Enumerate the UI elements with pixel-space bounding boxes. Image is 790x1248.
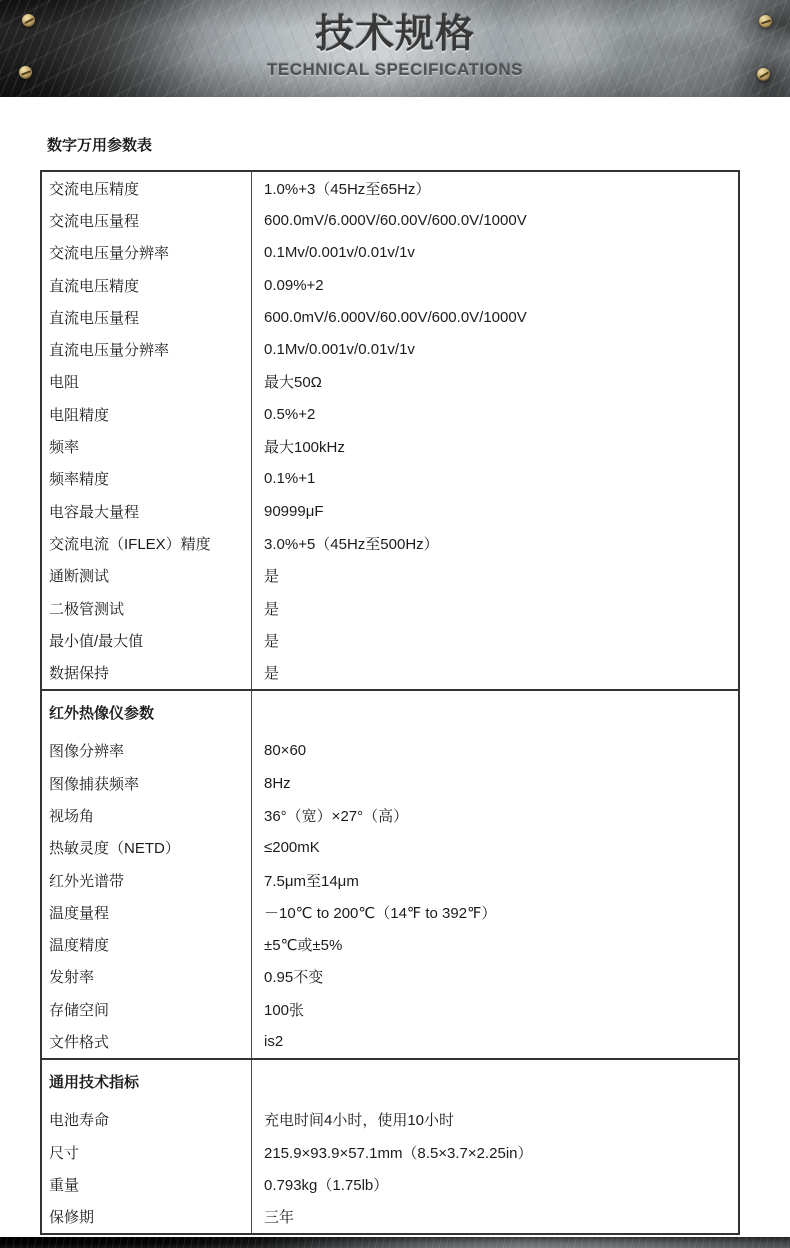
spec-value: －10℃ to 200℃（14℉ to 392℉） [252, 896, 738, 928]
spec-value: 充电时间4小时，使用10小时 [252, 1104, 738, 1136]
spec-value: 600.0mV/6.000V/60.00V/600.0V/1000V [252, 301, 738, 333]
spec-label: 通断测试 [42, 560, 252, 592]
spec-value: ±5℃或±5% [252, 929, 738, 961]
spec-label: 直流电压量分辨率 [42, 333, 252, 365]
table-row: 尺寸 215.9×93.9×57.1mm（8.5×3.7×2.25in） [42, 1136, 738, 1168]
spec-label: 温度精度 [42, 929, 252, 961]
spec-value: ≤200mK [252, 832, 738, 864]
spec-value: 0.5%+2 [252, 398, 738, 430]
spec-label: 存储空间 [42, 993, 252, 1025]
table-row: 温度量程 －10℃ to 200℃（14℉ to 392℉） [42, 896, 738, 928]
spec-label: 图像捕获频率 [42, 767, 252, 799]
spec-label: 文件格式 [42, 1025, 252, 1057]
table-row: 数据保持 是 [42, 656, 738, 688]
spec-label: 直流电压精度 [42, 269, 252, 301]
table-row: 保修期 三年 [42, 1201, 738, 1233]
table-row: 图像分辨率 80×60 [42, 735, 738, 767]
spec-label: 频率 [42, 430, 252, 462]
hero-text-block: 技术规格 TECHNICAL SPECIFICATIONS [0, 13, 790, 80]
spec-label: 图像分辨率 [42, 735, 252, 767]
spec-value: 90999μF [252, 495, 738, 527]
section-title: 红外热像仪参数 [42, 691, 252, 735]
table-row: 通断测试 是 [42, 560, 738, 592]
page-subtitle: TECHNICAL SPECIFICATIONS [0, 60, 790, 80]
spec-value: 80×60 [252, 735, 738, 767]
table-row: 存储空间 100张 [42, 993, 738, 1025]
page-title: 技术规格 [0, 13, 790, 57]
spec-label: 热敏灵度（NETD） [42, 832, 252, 864]
spec-value: 0.09%+2 [252, 269, 738, 301]
spec-label: 发射率 [42, 961, 252, 993]
table-row: 二极管测试 是 [42, 592, 738, 624]
table-row: 重量 0.793kg（1.75lb） [42, 1168, 738, 1200]
table-row: 热敏灵度（NETD） ≤200mK [42, 832, 738, 864]
spec-label: 交流电压量程 [42, 204, 252, 236]
spec-value: 8Hz [252, 767, 738, 799]
spec-value: 1.0%+3（45Hz至65Hz） [252, 172, 738, 204]
section-title-spacer [252, 1060, 738, 1104]
section-title: 通用技术指标 [42, 1060, 252, 1104]
table-row: 直流电压精度 0.09%+2 [42, 269, 738, 301]
table-row: 图像捕获频率 8Hz [42, 767, 738, 799]
section-title-spacer [252, 691, 738, 735]
table-row: 直流电压量程 600.0mV/6.000V/60.00V/600.0V/1000… [42, 301, 738, 333]
table-row: 文件格式 is2 [42, 1025, 738, 1057]
table-row: 交流电压量分辨率 0.1Mv/0.001v/0.01v/1v [42, 237, 738, 269]
table-row: 红外光谱带 7.5μm至14μm [42, 864, 738, 896]
table-row: 电阻 最大50Ω [42, 366, 738, 398]
spec-label: 最小值/最大值 [42, 624, 252, 656]
spec-value: is2 [252, 1025, 738, 1057]
spec-value: 是 [252, 624, 738, 656]
spec-value: 600.0mV/6.000V/60.00V/600.0V/1000V [252, 204, 738, 236]
spec-label: 数据保持 [42, 656, 252, 688]
table-row: 视场角 36°（宽）×27°（高） [42, 799, 738, 831]
spec-label: 电池寿命 [42, 1104, 252, 1136]
spec-label: 温度量程 [42, 896, 252, 928]
spec-label: 直流电压量程 [42, 301, 252, 333]
hero-banner: 技术规格 TECHNICAL SPECIFICATIONS [0, 0, 790, 97]
spec-label: 交流电压量分辨率 [42, 237, 252, 269]
spec-label: 电阻 [42, 366, 252, 398]
table-row: 最小值/最大值 是 [42, 624, 738, 656]
spec-label: 红外光谱带 [42, 864, 252, 896]
spec-label: 交流电压精度 [42, 172, 252, 204]
spec-value: 7.5μm至14μm [252, 864, 738, 896]
spec-label: 电阻精度 [42, 398, 252, 430]
spec-sheet-page: 技术规格 TECHNICAL SPECIFICATIONS 数字万用参数表 交流… [0, 0, 790, 1248]
spec-label: 保修期 [42, 1201, 252, 1233]
spec-value: 3.0%+5（45Hz至500Hz） [252, 527, 738, 559]
table-row: 电阻精度 0.5%+2 [42, 398, 738, 430]
spec-value: 0.1Mv/0.001v/0.01v/1v [252, 333, 738, 365]
table-caption: 数字万用参数表 [47, 137, 790, 154]
spec-value: 是 [252, 592, 738, 624]
spec-value: 100张 [252, 993, 738, 1025]
spec-value: 是 [252, 656, 738, 688]
table-row: 温度精度 ±5℃或±5% [42, 929, 738, 961]
footer-band [0, 1237, 790, 1248]
table-row: 频率精度 0.1%+1 [42, 463, 738, 495]
spec-table: 交流电压精度 1.0%+3（45Hz至65Hz） 交流电压量程 600.0mV/… [40, 170, 740, 1235]
section-header-row: 红外热像仪参数 [42, 689, 738, 735]
spec-value: 是 [252, 560, 738, 592]
table-row: 电容最大量程 90999μF [42, 495, 738, 527]
table-row: 电池寿命 充电时间4小时，使用10小时 [42, 1104, 738, 1136]
spec-label: 重量 [42, 1168, 252, 1200]
table-row: 交流电压量程 600.0mV/6.000V/60.00V/600.0V/1000… [42, 204, 738, 236]
spec-label: 交流电流（IFLEX）精度 [42, 527, 252, 559]
spec-value: 0.793kg（1.75lb） [252, 1168, 738, 1200]
spec-label: 二极管测试 [42, 592, 252, 624]
spec-label: 尺寸 [42, 1136, 252, 1168]
table-row: 交流电压精度 1.0%+3（45Hz至65Hz） [42, 172, 738, 204]
spec-value: 0.1%+1 [252, 463, 738, 495]
spec-label: 频率精度 [42, 463, 252, 495]
table-row: 直流电压量分辨率 0.1Mv/0.001v/0.01v/1v [42, 333, 738, 365]
spec-label: 电容最大量程 [42, 495, 252, 527]
table-row: 发射率 0.95不变 [42, 961, 738, 993]
spec-value: 36°（宽）×27°（高） [252, 799, 738, 831]
spec-value: 最大100kHz [252, 430, 738, 462]
spec-value: 0.1Mv/0.001v/0.01v/1v [252, 237, 738, 269]
table-row: 频率 最大100kHz [42, 430, 738, 462]
spec-value: 215.9×93.9×57.1mm（8.5×3.7×2.25in） [252, 1136, 738, 1168]
spec-label: 视场角 [42, 799, 252, 831]
table-row: 交流电流（IFLEX）精度 3.0%+5（45Hz至500Hz） [42, 527, 738, 559]
section-header-row: 通用技术指标 [42, 1058, 738, 1104]
spec-value: 最大50Ω [252, 366, 738, 398]
spec-value: 0.95不变 [252, 961, 738, 993]
spec-value: 三年 [252, 1201, 738, 1233]
